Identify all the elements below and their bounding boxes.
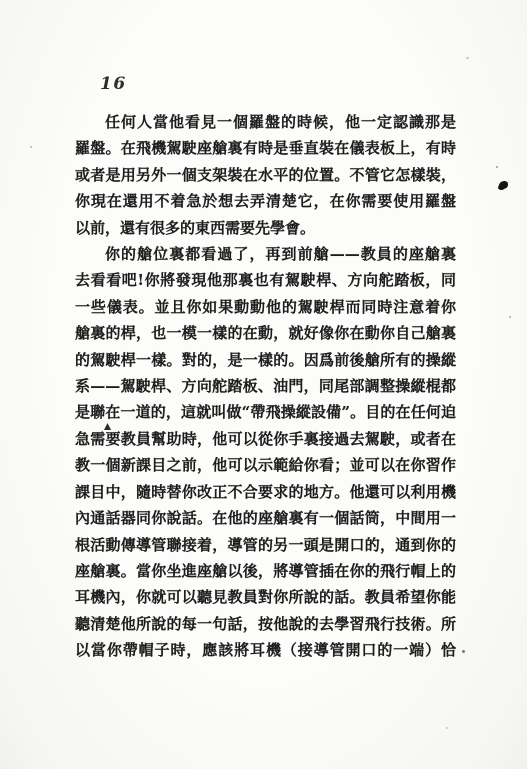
- text-line: 以當你帶帽子時，應該將耳機（接導管開口的一端）恰: [75, 637, 456, 663]
- text-line: 羅盤。在飛機駕駛座艙裏有時是垂直裝在儀表板上，有時: [75, 135, 456, 161]
- paper-speck: [214, 200, 216, 202]
- paper-speck: [104, 196, 108, 198]
- text-line: 急需要教員幫助時，他可以從你手裏接過去駕駛，或者在: [75, 426, 456, 452]
- paper-speck: [446, 727, 448, 729]
- text-line: 課目中，隨時替你改正不合要求的地方。他還可以利用機: [75, 479, 456, 505]
- text-line: 你的艙位裏都看過了，再到前艙——教員的座艙裏: [75, 241, 456, 267]
- text-line: 是聯在一道的，這就叫做“帶飛操縱設備”。目的在任何迫: [75, 399, 456, 425]
- paper-speck: [462, 650, 465, 653]
- text-line: 內通話器同你說話。在他的座艙裏有一個話筒，中間用一: [75, 505, 456, 531]
- body-text: 任何人當他看見一個羅盤的時候，他一定認識那是 羅盤。在飛機駕駛座艙裏有時是垂直裝…: [75, 109, 456, 664]
- paper-speck: [466, 57, 469, 59]
- text-line: 的駕駛桿一樣。對的，是一樣的。因爲前後艙所有的操縱: [75, 347, 456, 373]
- text-line: 耳機內，你就可以聽見教員對你所說的話。教員希望你能: [75, 584, 456, 610]
- text-line: 系——駕駛桿、方向舵踏板、油門，同尾部調整操縱棍都: [75, 373, 456, 399]
- text-line: 你現在還用不着急於想去弄清楚它，在你需要使用羅盤: [75, 188, 456, 214]
- text-line: 教一個新課目之前，他可以示範給你看；並可以在你習作: [75, 452, 456, 478]
- paper-speck: [30, 146, 32, 148]
- paper-speck: [509, 316, 511, 318]
- text-line: 或者是用另外一個支架裝在水平的位置。不管它怎樣裝，: [75, 162, 456, 188]
- text-line: 去看看吧!你將發現他那裏也有駕駛桿、方向舵踏板，同: [75, 267, 456, 293]
- text-line: 一些儀表。並且你如果動動他的駕駛桿而同時注意着你: [75, 294, 456, 320]
- text-line: 任何人當他看見一個羅盤的時候，他一定認識那是: [75, 109, 456, 135]
- text-line: 座艙裏。當你坐進座艙以後，將導管插在你的飛行帽上的: [75, 558, 456, 584]
- text-line: 艙裏的桿，也一模一樣的在動，就好像你在動你自己艙裏: [75, 320, 456, 346]
- scanned-book-page: 16 任何人當他看見一個羅盤的時候，他一定認識那是 羅盤。在飛機駕駛座艙裏有時是…: [0, 0, 527, 769]
- text-line: 根活動傳導管聯接着，導管的另一頭是開口的，通到你的: [75, 532, 456, 558]
- page-number: 16: [100, 74, 127, 94]
- text-line: 聽清楚他所說的每一句話，按他說的去學習飛行技術。所: [75, 611, 456, 637]
- ink-blob-artifact: [499, 181, 508, 189]
- paper-speck: [496, 166, 498, 168]
- text-line: 以前，還有很多的東西需要先學會。: [75, 215, 456, 241]
